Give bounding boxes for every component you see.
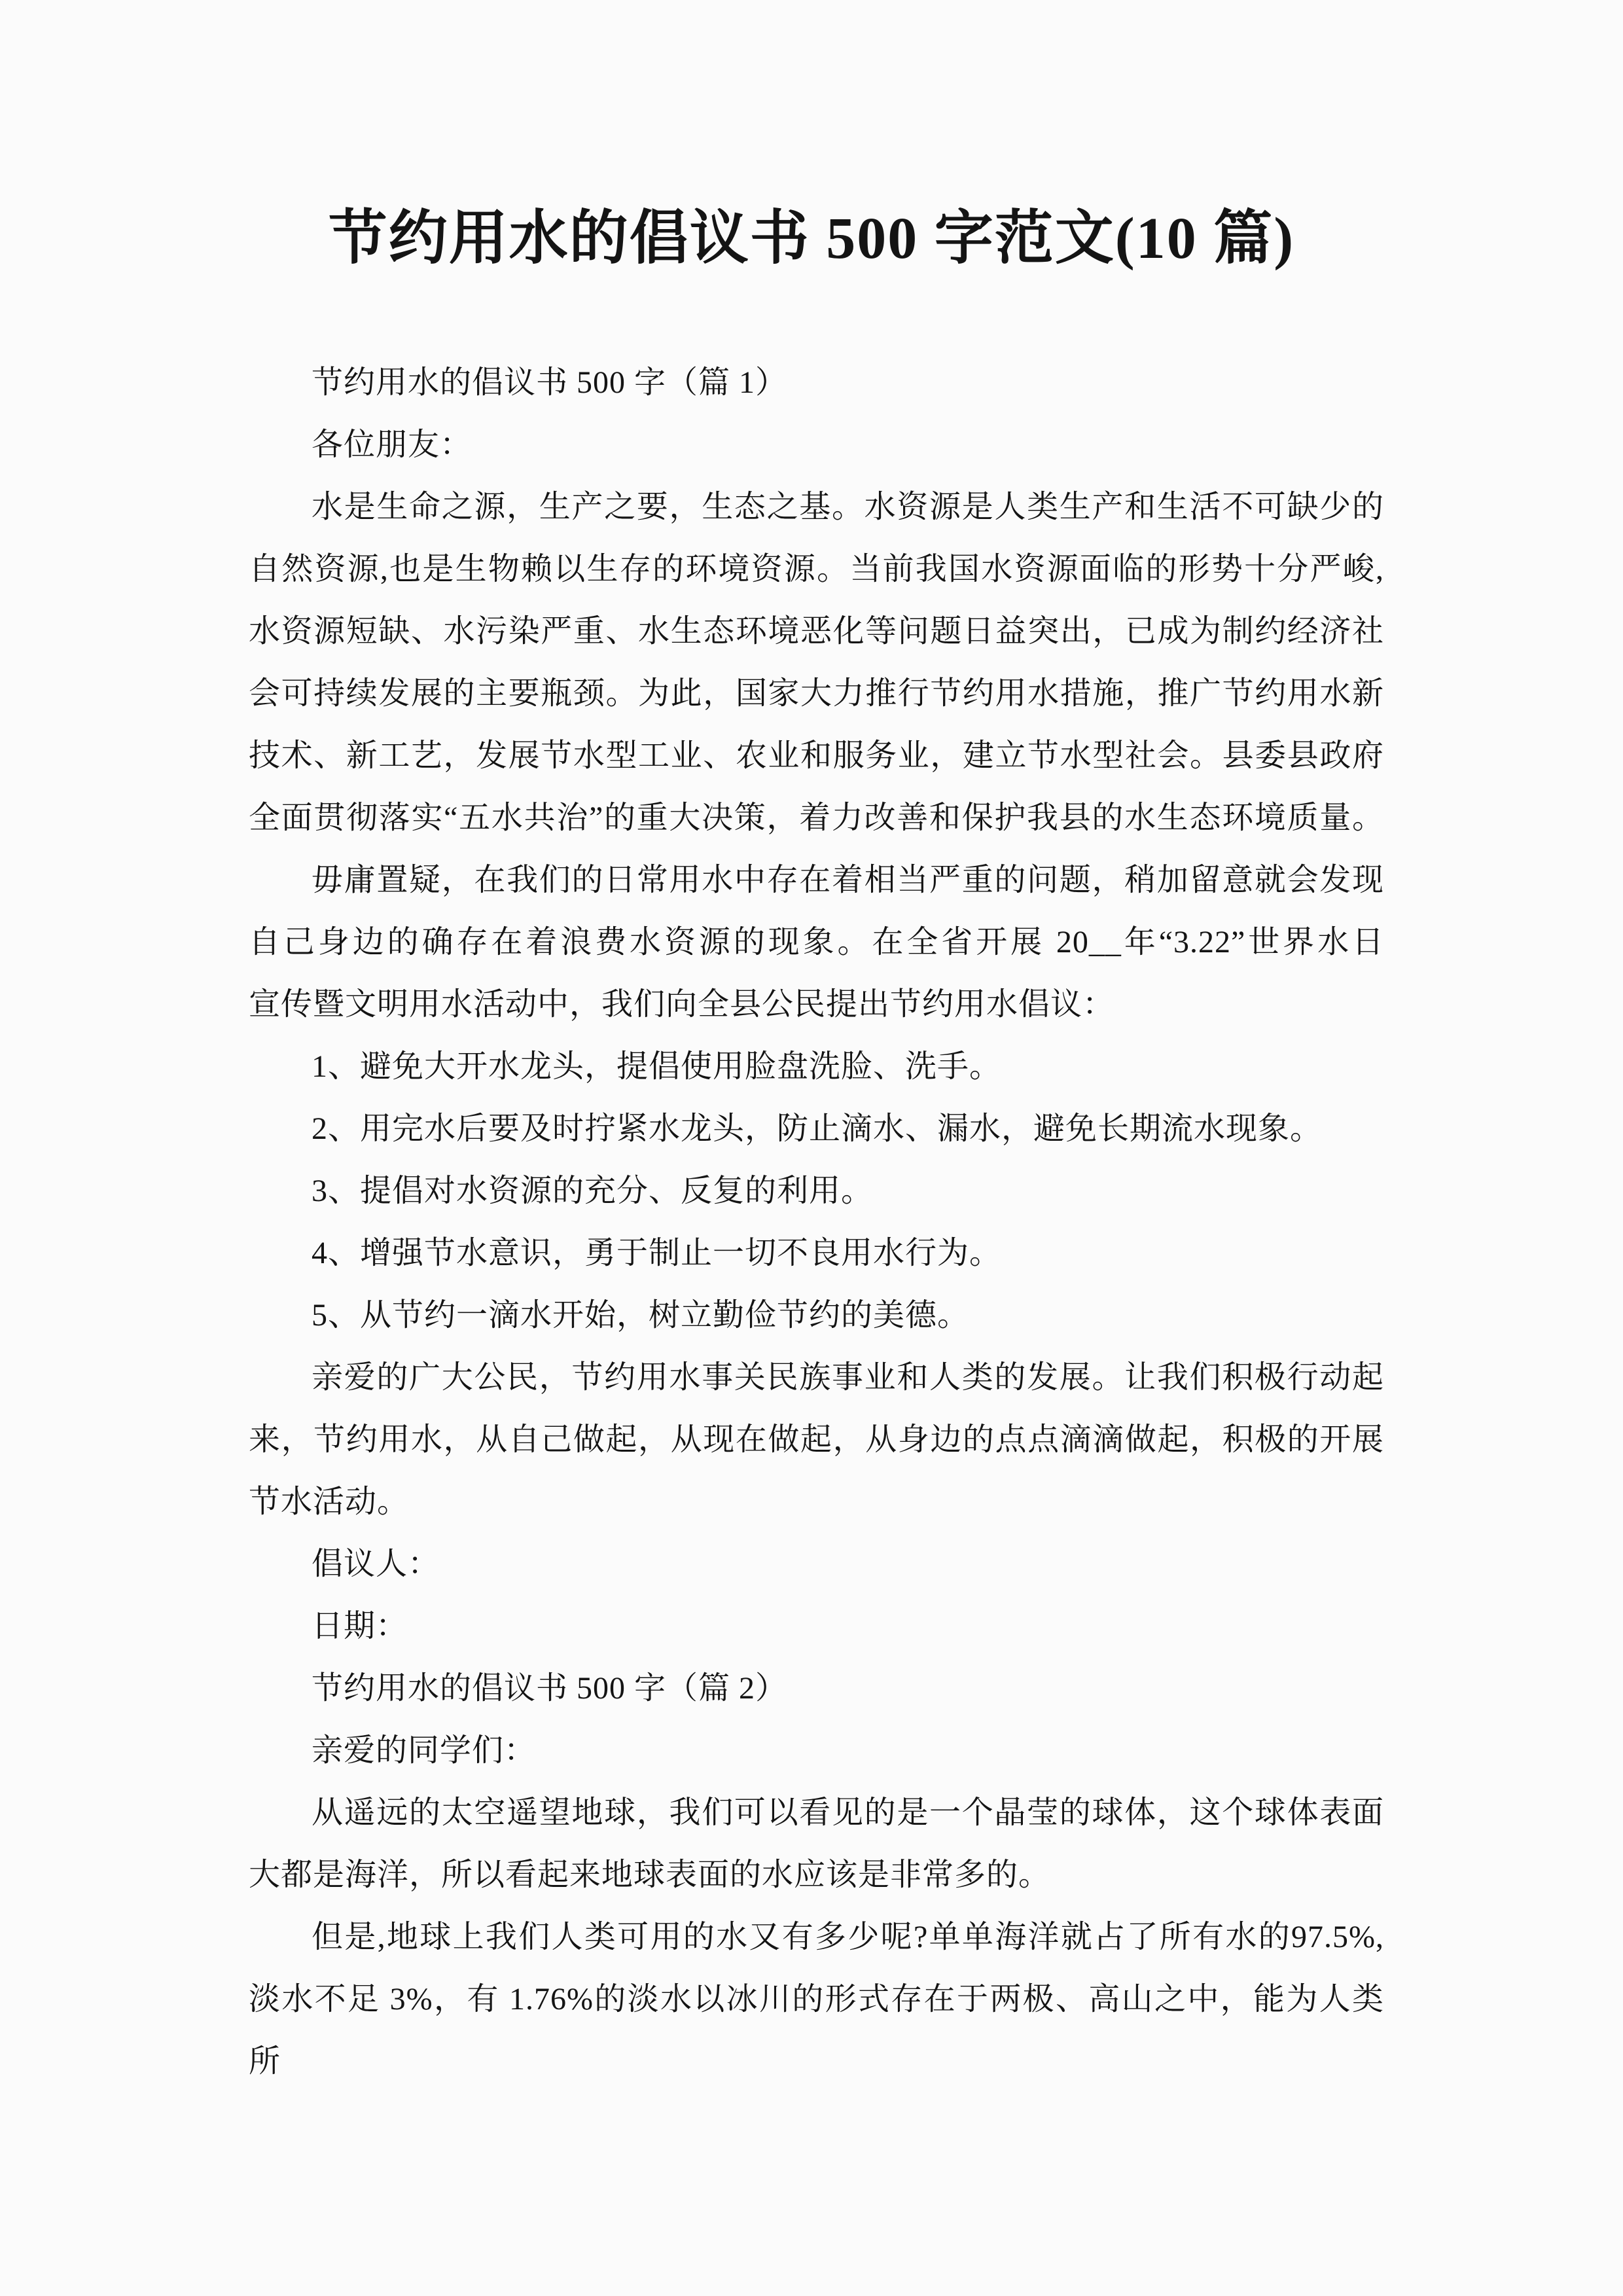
text-line: 水是生命之源，生产之要，生态之基。水资源是人类生产和生活不可缺少的 (249, 476, 1384, 538)
text-line: 2、用完水后要及时拧紧水龙头，防止滴水、漏水，避免长期流水现象。 (249, 1098, 1384, 1160)
text-line: 会可持续发展的主要瓶颈。为此，国家大力推行节约用水措施，推广节约用水新 (249, 662, 1384, 725)
text-line: 亲爱的广大公民，节约用水事关民族事业和人类的发展。让我们积极行动起 (249, 1346, 1384, 1408)
text-line: 1、避免大开水龙头，提倡使用脸盘洗脸、洗手。 (249, 1035, 1384, 1098)
text-line: 但是,地球上我们人类可用的水又有多少呢?单单海洋就占了所有水的97.5%, (249, 1906, 1384, 1968)
text-line: 亲爱的同学们： (249, 1719, 1384, 1782)
text-line: 来，节约用水，从自己做起，从现在做起，从身边的点点滴滴做起，积极的开展 (249, 1408, 1384, 1471)
text-line: 大都是海洋，所以看起来地球表面的水应该是非常多的。 (249, 1844, 1384, 1906)
text-line: 全面贯彻落实“五水共治”的重大决策，着力改善和保护我县的水生态环境质量。 (249, 787, 1384, 849)
document-body: 节约用水的倡议书 500 字（篇 1）各位朋友：水是生命之源，生产之要，生态之基… (249, 351, 1384, 2030)
text-line: 宣传暨文明用水活动中，我们向全县公民提出节约用水倡议： (249, 973, 1384, 1035)
text-line: 水资源短缺、水污染严重、水生态环境恶化等问题日益突出，已成为制约经济社 (249, 600, 1384, 662)
text-line: 从遥远的太空遥望地球，我们可以看见的是一个晶莹的球体，这个球体表面 (249, 1782, 1384, 1844)
text-line: 倡议人： (249, 1533, 1384, 1595)
document-title: 节约用水的倡议书 500 字范文(10 篇) (0, 190, 1623, 288)
text-line: 节约用水的倡议书 500 字（篇 1） (249, 351, 1384, 414)
text-line: 自然资源,也是生物赖以生存的环境资源。当前我国水资源面临的形势十分严峻, (249, 538, 1384, 600)
text-line: 节约用水的倡议书 500 字（篇 2） (249, 1657, 1384, 1719)
text-line: 日期： (249, 1595, 1384, 1657)
text-line: 毋庸置疑，在我们的日常用水中存在着相当严重的问题，稍加留意就会发现 (249, 849, 1384, 911)
text-line: 自己身边的确存在着浪费水资源的现象。在全省开展 20__年“3.22”世界水日 (249, 911, 1384, 973)
text-line: 各位朋友： (249, 414, 1384, 476)
text-line: 4、增强节水意识，勇于制止一切不良用水行为。 (249, 1222, 1384, 1284)
text-line: 3、提倡对水资源的充分、反复的利用。 (249, 1160, 1384, 1222)
text-line: 淡水不足 3%，有 1.76%的淡水以冰川的形式存在于两极、高山之中，能为人类所 (249, 1968, 1384, 2030)
text-line: 5、从节约一滴水开始，树立勤俭节约的美德。 (249, 1284, 1384, 1346)
document-page: 节约用水的倡议书 500 字范文(10 篇) 节约用水的倡议书 500 字（篇 … (0, 0, 1623, 2296)
text-line: 技术、新工艺，发展节水型工业、农业和服务业，建立节水型社会。县委县政府 (249, 725, 1384, 787)
text-line: 节水活动。 (249, 1471, 1384, 1533)
